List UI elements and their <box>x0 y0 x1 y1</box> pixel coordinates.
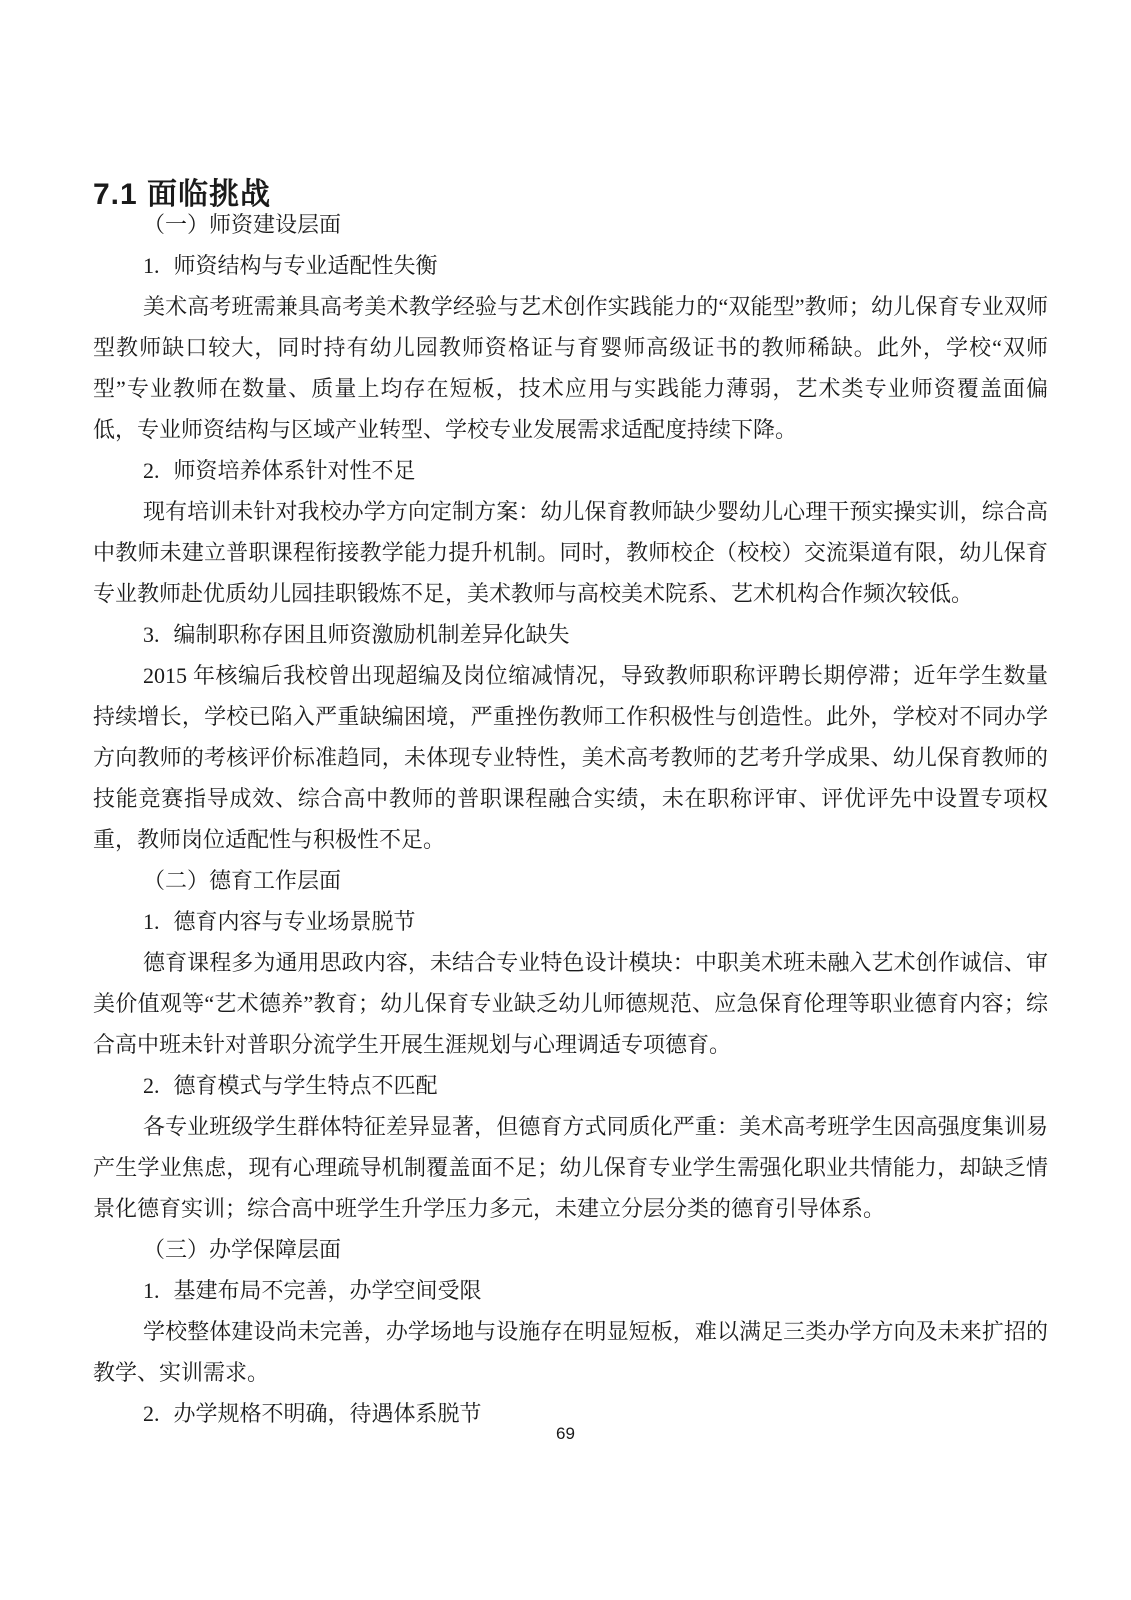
item-heading-label: 德育模式与学生特点不匹配 <box>174 1073 438 1098</box>
item-heading-label: 编制职称存困且师资激励机制差异化缺失 <box>174 622 570 647</box>
body-paragraph: 现有培训未针对我校办学方向定制方案：幼儿保育教师缺少婴幼儿心理干预实操实训，综合… <box>93 491 1048 614</box>
item-heading: 1.德育内容与专业场景脱节 <box>93 901 1048 942</box>
page-number: 69 <box>0 1424 1131 1444</box>
item-heading: 2.师资培养体系针对性不足 <box>93 450 1048 491</box>
body-paragraph: 学校整体建设尚未完善，办学场地与设施存在明显短板，难以满足三类办学方向及未来扩招… <box>93 1311 1048 1393</box>
item-number: 2. <box>143 458 160 483</box>
section-sub-heading: （三）办学保障层面 <box>93 1229 1048 1270</box>
item-heading-label: 基建布局不完善，办学空间受限 <box>174 1278 482 1303</box>
item-heading-label: 师资培养体系针对性不足 <box>174 458 416 483</box>
document-page: 7.1 面临挑战 （一）师资建设层面 1.师资结构与专业适配性失衡 美术高考班需… <box>0 0 1131 1600</box>
item-heading: 3.编制职称存困且师资激励机制差异化缺失 <box>93 614 1048 655</box>
item-heading-label: 德育内容与专业场景脱节 <box>174 909 416 934</box>
item-heading: 1.基建布局不完善，办学空间受限 <box>93 1270 1048 1311</box>
item-heading-label: 办学规格不明确，待遇体系脱节 <box>174 1401 482 1426</box>
item-number: 1. <box>143 909 160 934</box>
item-heading: 2.德育模式与学生特点不匹配 <box>93 1065 1048 1106</box>
item-number: 1. <box>143 253 160 278</box>
item-number: 2. <box>143 1073 160 1098</box>
body-paragraph: 2015 年核编后我校曾出现超编及岗位缩减情况，导致教师职称评聘长期停滞；近年学… <box>93 655 1048 860</box>
section-sub-heading: （一）师资建设层面 <box>93 204 1048 245</box>
body-paragraph: 美术高考班需兼具高考美术教学经验与艺术创作实践能力的“双能型”教师；幼儿保育专业… <box>93 286 1048 450</box>
body-paragraph: 德育课程多为通用思政内容，未结合专业特色设计模块：中职美术班未融入艺术创作诚信、… <box>93 942 1048 1065</box>
item-heading: 1.师资结构与专业适配性失衡 <box>93 245 1048 286</box>
body-paragraph: 各专业班级学生群体特征差异显著，但德育方式同质化严重：美术高考班学生因高强度集训… <box>93 1106 1048 1229</box>
item-number: 1. <box>143 1278 160 1303</box>
section-sub-heading: （二）德育工作层面 <box>93 860 1048 901</box>
item-number: 2. <box>143 1401 160 1426</box>
item-heading-label: 师资结构与专业适配性失衡 <box>174 253 438 278</box>
document-body: （一）师资建设层面 1.师资结构与专业适配性失衡 美术高考班需兼具高考美术教学经… <box>93 204 1048 1434</box>
item-number: 3. <box>143 622 160 647</box>
